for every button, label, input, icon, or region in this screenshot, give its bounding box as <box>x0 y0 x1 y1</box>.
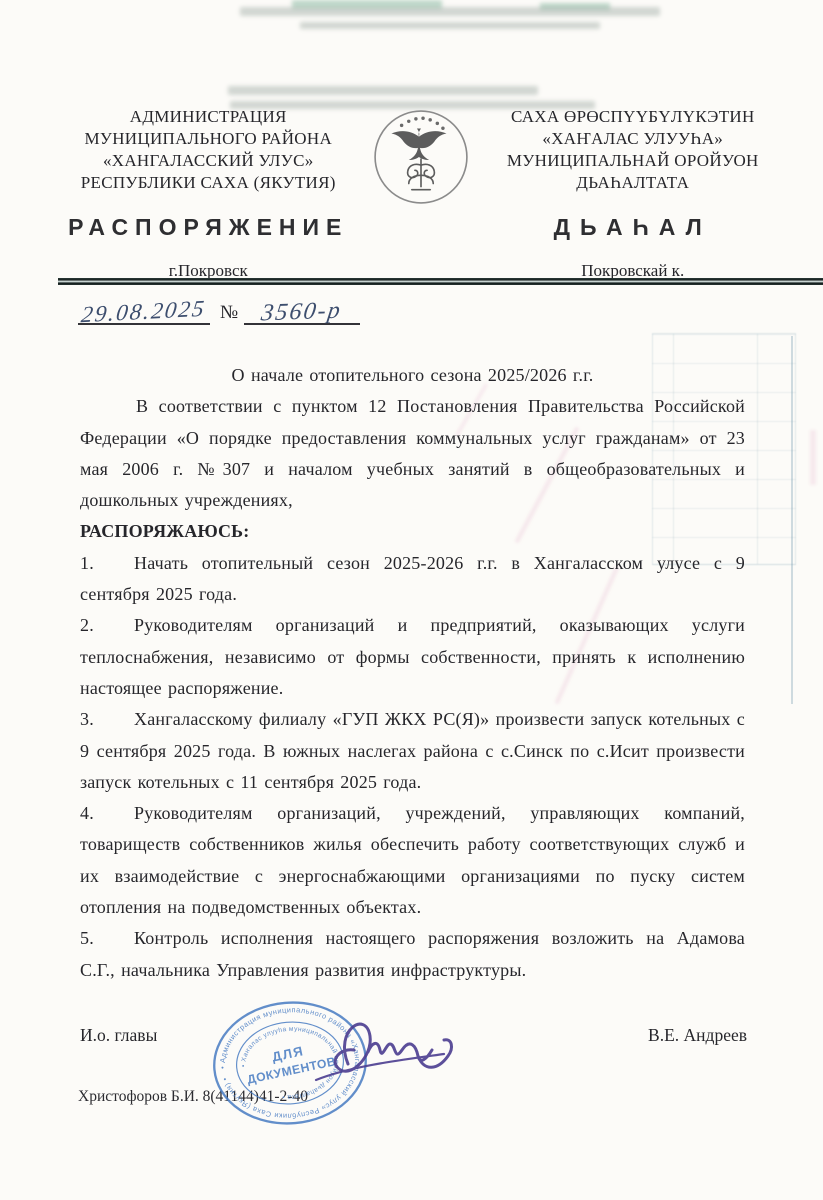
org-line: АДМИНИСТРАЦИЯ <box>58 106 359 128</box>
bleedthrough-artifact <box>240 7 660 16</box>
item-text: Руководителям организаций, учреждений, у… <box>80 803 745 917</box>
item-number: 3. <box>80 704 134 735</box>
order-item-3: 3.Хангаласскому филиалу «ГУП ЖКХ РС(Я)» … <box>80 704 745 798</box>
bleedthrough-artifact <box>810 430 816 485</box>
handwritten-number: 3560-р <box>260 298 344 328</box>
order-item-5: 5.Контроль исполнения настоящего распоря… <box>80 923 745 986</box>
order-item-4: 4.Руководителям организаций, учреждений,… <box>80 798 745 923</box>
handwritten-date: 29.08.2025 <box>80 296 208 328</box>
coat-of-arms-eagle-icon <box>370 106 472 208</box>
bleedthrough-artifact <box>292 0 442 9</box>
item-number: 5. <box>80 923 134 954</box>
order-item-2: 2.Руководителям организаций и предприяти… <box>80 610 745 704</box>
bleedthrough-artifact <box>228 86 538 95</box>
bleedthrough-artifact <box>791 336 793 704</box>
letterhead: АДМИНИСТРАЦИЯ МУНИЦИПАЛЬНОГО РАЙОНА «ХАН… <box>58 106 783 281</box>
item-text: Хангаласскому филиалу «ГУП ЖКХ РС(Я)» пр… <box>80 709 745 792</box>
bleedthrough-artifact <box>300 22 600 29</box>
bleedthrough-artifact <box>540 3 610 10</box>
item-number: 2. <box>80 610 134 641</box>
item-text: Руководителям организаций и предприятий,… <box>80 615 745 698</box>
org-line: «ХАНГАЛАССКИЙ УЛУС» <box>58 150 359 172</box>
org-line: САХА ӨРӨСПҮҮБҮЛҮКЭТИН <box>483 106 784 128</box>
item-number: 1. <box>80 548 134 579</box>
emblem-box <box>365 106 477 281</box>
item-text: Контроль исполнения настоящего распоряже… <box>80 928 745 979</box>
doc-type-russian: РАСПОРЯЖЕНИЕ <box>58 214 359 241</box>
scanned-document-page: АДМИНИСТРАЦИЯ МУНИЦИПАЛЬНОГО РАЙОНА «ХАН… <box>0 0 823 1200</box>
org-name-russian: АДМИНИСТРАЦИЯ МУНИЦИПАЛЬНОГО РАЙОНА «ХАН… <box>58 106 359 281</box>
preamble-paragraph: В соответствии с пунктом 12 Постановлени… <box>80 391 745 516</box>
org-line: МУНИЦИПАЛЬНОГО РАЙОНА <box>58 128 359 150</box>
doc-meta: 29.08.2025 № 3560-р <box>78 296 360 325</box>
doc-type-sakha: ДЬАҺАЛ <box>483 214 784 241</box>
order-word: РАСПОРЯЖАЮСЬ: <box>80 516 745 547</box>
document-title: О начале отопительного сезона 2025/2026 … <box>80 360 745 391</box>
org-line: «ХАҤАЛАС УЛУУҺА» <box>483 128 784 150</box>
org-line: МУНИЦИПАЛЬНАЙ ОРОЙУОН <box>483 150 784 172</box>
item-text: Начать отопительный сезон 2025-2026 г.г.… <box>80 553 745 604</box>
org-line: РЕСПУБЛИКИ САХА (ЯКУТИЯ) <box>58 172 359 194</box>
item-number: 4. <box>80 798 134 829</box>
document-body: О начале отопительного сезона 2025/2026 … <box>80 360 745 986</box>
signer-position: И.о. главы <box>80 1025 157 1046</box>
number-sign: № <box>220 302 238 324</box>
org-name-sakha: САХА ӨРӨСПҮҮБҮЛҮКЭТИН «ХАҤАЛАС УЛУУҺА» М… <box>483 106 784 281</box>
handwritten-signature <box>296 1000 466 1100</box>
number-field: 3560-р <box>244 296 360 325</box>
org-line: ДЬАҺАЛТАТА <box>483 172 784 194</box>
header-divider-rule <box>58 278 823 285</box>
signer-name: В.Е. Андреев <box>648 1025 747 1046</box>
date-field: 29.08.2025 <box>78 297 210 325</box>
order-item-1: 1.Начать отопительный сезон 2025-2026 г.… <box>80 548 745 611</box>
